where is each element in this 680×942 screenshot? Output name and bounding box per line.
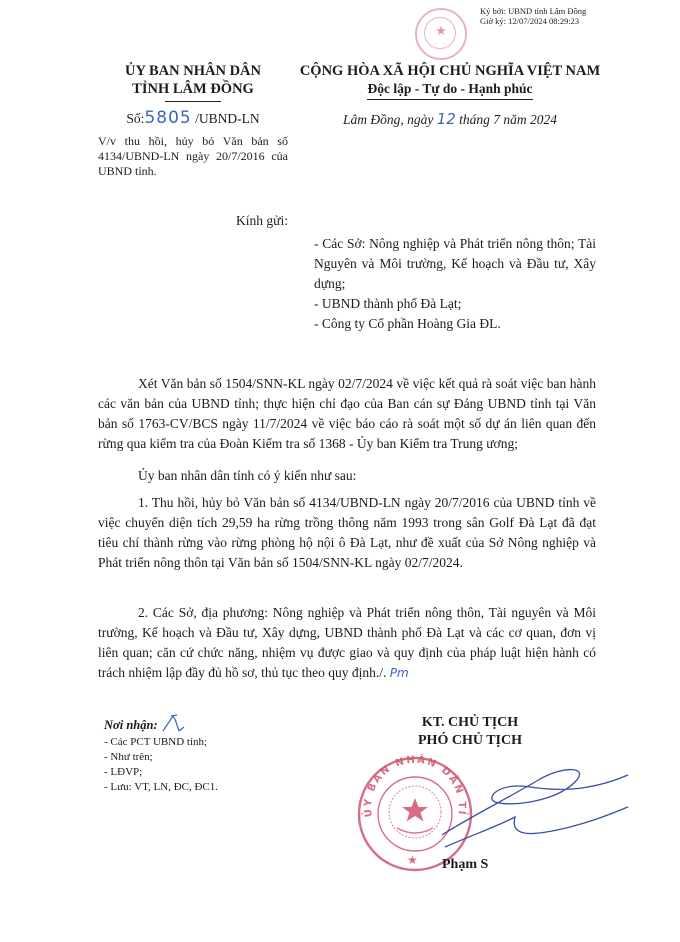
initials-handwritten: Pm [390,666,409,680]
agency-line1: ỦY BAN NHÂN DÂN [98,62,288,80]
receivers-title: Nơi nhận: [104,713,324,735]
country-name: CỘNG HÒA XÃ HỘI CHỦ NGHĨA VIỆT NAM [282,62,618,80]
place-date: Lâm Đồng, ngày 12 tháng 7 năm 2024 [282,110,618,128]
addressee-label: Kính gửi: [236,213,288,229]
national-header: CỘNG HÒA XÃ HỘI CHỦ NGHĨA VIỆT NAM Độc l… [282,62,618,100]
divider [165,101,221,102]
paragraph-text: 2. Các Sở, địa phương: Nông nghiệp và Ph… [98,605,596,680]
recipient-list: - Các Sở: Nông nghiệp và Phát triển nông… [314,234,596,334]
body-paragraph-2: Ủy ban nhân dân tỉnh có ý kiến như sau: [98,466,596,486]
signer-title: KT. CHỦ TỊCH PHÓ CHỦ TỊCH [360,714,580,750]
receiver-item: - Như trên; [104,750,324,765]
signer-title-line1: KT. CHỦ TỊCH [360,714,580,732]
signer-name: Phạm S [442,857,488,873]
receiver-item: - LĐVP; [104,765,324,780]
date-after: tháng 7 năm 2024 [456,112,557,127]
motto: Độc lập - Tự do - Hạnh phúc [367,80,532,100]
receivers-block: Nơi nhận: - Các PCT UBND tỉnh; - Như trê… [104,713,324,795]
paragraph-text: Xét Văn bản số 1504/SNN-KL ngày 02/7/202… [98,374,596,454]
receiver-item: - Lưu: VT, LN, ĐC, ĐC1. [104,780,324,795]
paragraph-text: 1. Thu hồi, hủy bỏ Văn bản số 4134/UBND-… [98,493,596,573]
receiver-item: - Các PCT UBND tỉnh; [104,735,324,750]
signed-time: Giờ ký: 12/07/2024 08:29:23 [480,16,586,26]
paragraph-text: Ủy ban nhân dân tỉnh có ý kiến như sau: [98,466,596,486]
signer-title-line2: PHÓ CHỦ TỊCH [360,732,580,750]
docnum-suffix: /UBND-LN [192,111,260,126]
body-item-1: 1. Thu hồi, hủy bỏ Văn bản số 4134/UBND-… [98,493,596,573]
recipient-item: - Công ty Cổ phần Hoàng Gia ĐL. [314,314,596,334]
date-before: Lâm Đồng, ngày [343,112,437,127]
signed-by: Ký bởi: UBND tỉnh Lâm Đồng [480,6,586,16]
docnum-handwritten: 5805 [144,108,191,128]
recipient-item: - Các Sở: Nông nghiệp và Phát triển nông… [314,234,596,294]
document-subject: V/v thu hồi, hủy bỏ Văn bản số 4134/UBND… [98,134,288,179]
issuing-agency: ỦY BAN NHÂN DÂN TỈNH LÂM ĐỒNG [98,62,288,102]
document-number: Số:5805 /UBND-LN [98,108,288,128]
digital-signature-seal-icon: ★ [415,8,467,60]
digital-signature-info: Ký bởi: UBND tỉnh Lâm Đồng Giờ ký: 12/07… [480,6,586,26]
agency-line2: TỈNH LÂM ĐỒNG [98,80,288,98]
svg-text:★: ★ [407,853,418,867]
handwritten-signature-icon [440,757,630,857]
body-paragraph-1: Xét Văn bản số 1504/SNN-KL ngày 02/7/202… [98,374,596,454]
docnum-prefix: Số: [126,111,144,126]
date-day-handwritten: 12 [437,110,456,128]
recipient-item: - UBND thành phố Đà Lạt; [314,294,596,314]
initial-mark-icon [161,713,187,735]
body-item-2: 2. Các Sở, địa phương: Nông nghiệp và Ph… [98,603,596,683]
